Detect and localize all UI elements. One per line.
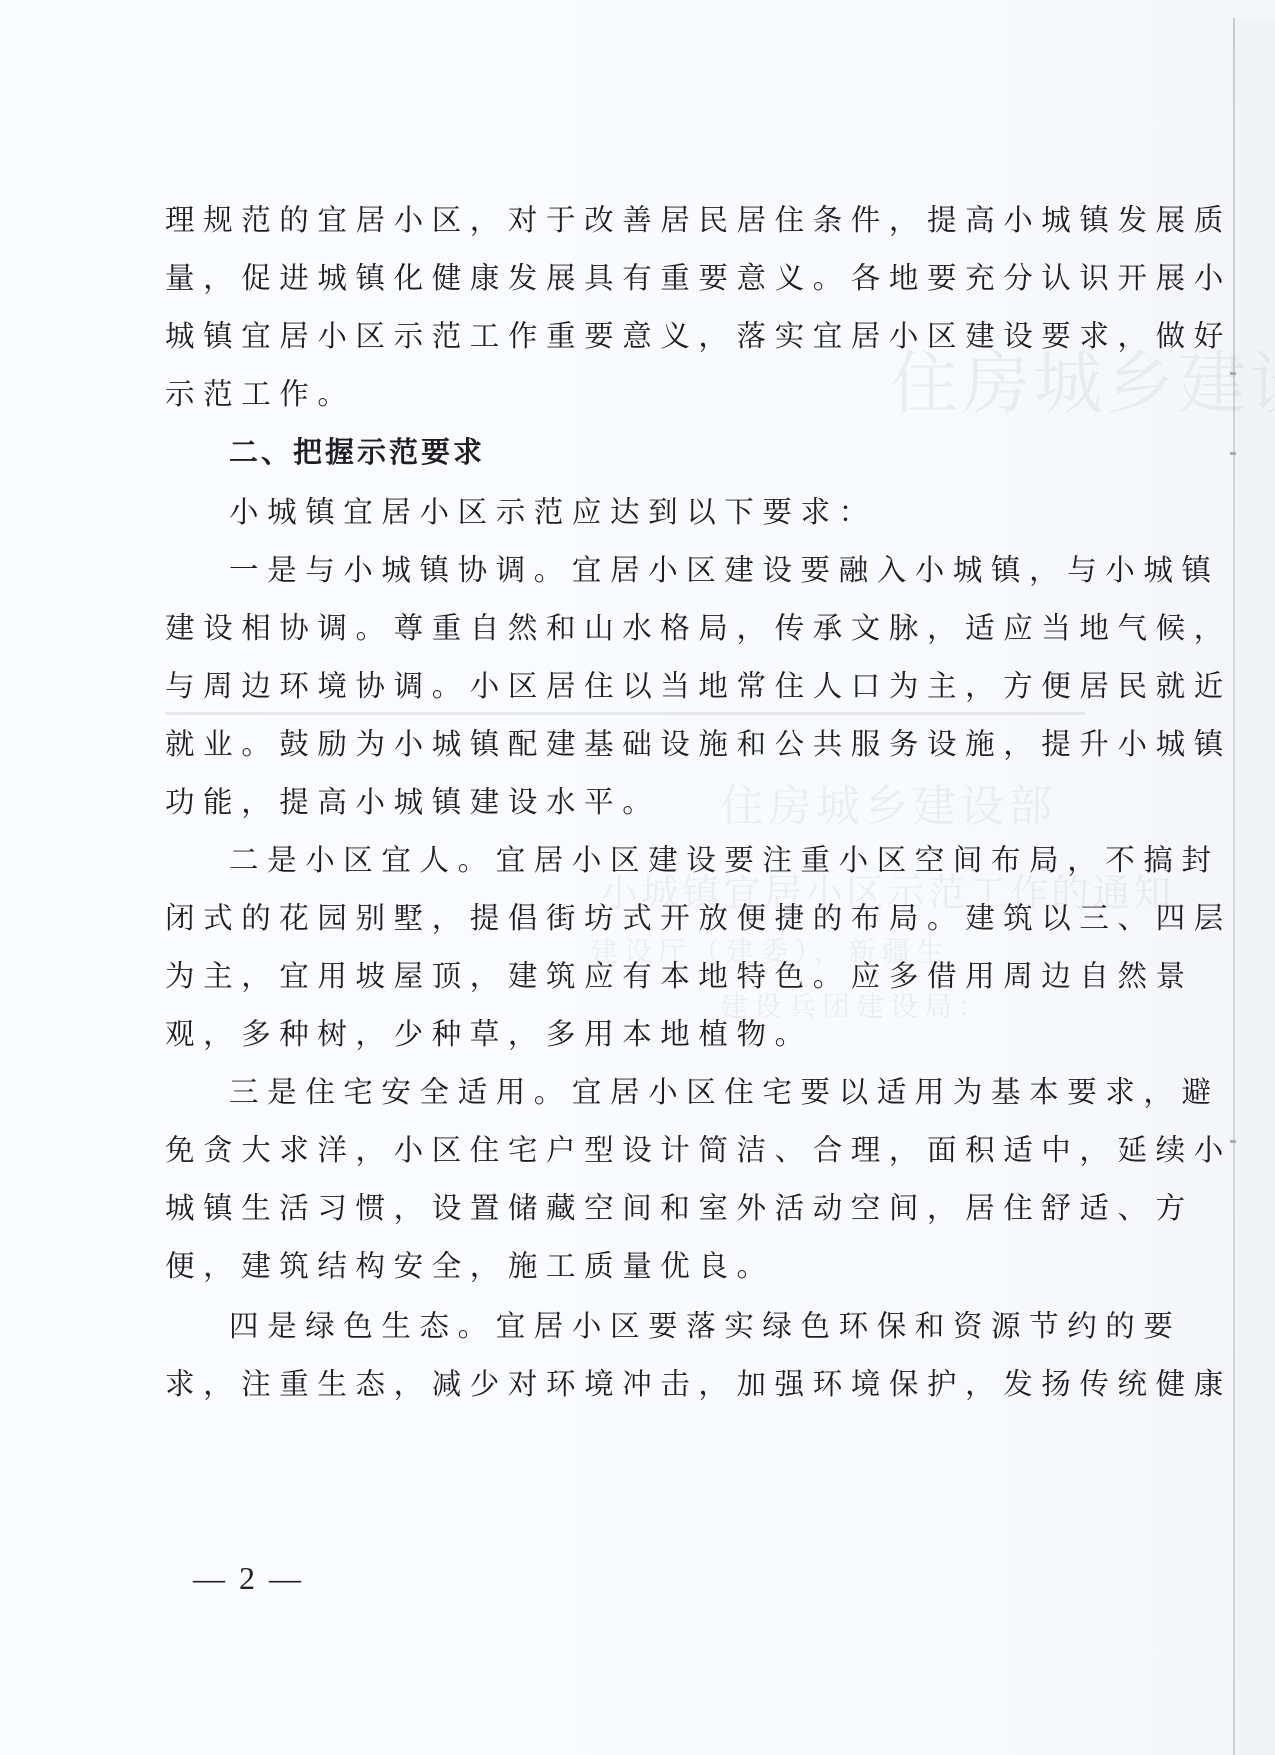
body-text-line: 功能，提高小城镇建设水平。 (165, 782, 660, 822)
body-text-line: 建设相协调。尊重自然和山水格局，传承文脉，适应当地气候， (165, 608, 1232, 648)
body-text-line: 一是与小城镇协调。宜居小区建设要融入小城镇，与小城镇 (229, 550, 1220, 590)
edge-mark (1230, 372, 1236, 375)
body-text-line: 量，促进城镇化健康发展具有重要意义。各地要充分认识开展小 (165, 258, 1232, 298)
body-text-line: 就业。鼓励为小城镇配建基础设施和公共服务设施，提升小城镇 (165, 724, 1232, 764)
body-text-line: 求，注重生态，减少对环境冲击，加强环境保护，发扬传统健康 (165, 1364, 1232, 1404)
body-text-line: 闭式的花园别墅，提倡街坊式开放便捷的布局。建筑以三、四层 (165, 898, 1232, 938)
body-text-line: 城镇宜居小区示范工作重要意义，落实宜居小区建设要求，做好 (165, 316, 1232, 356)
body-text-line: 便，建筑结构安全，施工质量优良。 (165, 1246, 775, 1286)
body-text-line: 为主，宜用坡屋顶，建筑应有本地特色。应多借用周边自然景 (165, 956, 1194, 996)
edge-mark (1230, 452, 1236, 455)
bleed-through-rule (165, 712, 1085, 715)
page-number: — 2 — (193, 1560, 304, 1597)
body-text-line: 理规范的宜居小区，对于改善居民居住条件，提高小城镇发展质 (165, 200, 1232, 240)
body-text-line: 免贪大求洋，小区住宅户型设计简洁、合理，面积适中，延续小 (165, 1130, 1232, 1170)
body-text-line: 小城镇宜居小区示范应达到以下要求： (229, 492, 877, 532)
page-edge-shadow (1235, 18, 1275, 1755)
body-text-line: 城镇生活习惯，设置储藏空间和室外活动空间，居住舒适、方 (165, 1188, 1194, 1228)
body-text-line: 示范工作。 (165, 374, 356, 414)
page-edge-line (1233, 18, 1235, 1755)
body-text-line: 二是小区宜人。宜居小区建设要注重小区空间布局，不搞封 (229, 840, 1220, 880)
body-text-line: 四是绿色生态。宜居小区要落实绿色环保和资源节约的要 (229, 1306, 1182, 1346)
section-heading: 二、把握示范要求 (229, 432, 485, 472)
bleed-through-title: 住房城乡建设部 (720, 770, 1056, 834)
scanned-page: 住房城乡建设部 住房城乡建设部 小城镇宜居小区示范工作的通知 建设厅（建委），新… (0, 0, 1275, 1755)
body-text-line: 与周边环境协调。小区居住以当地常住人口为主，方便居民就近 (165, 666, 1232, 706)
body-text-line: 三是住宅安全适用。宜居小区住宅要以适用为基本要求，避 (229, 1072, 1220, 1112)
body-text-line: 观，多种树，少种草，多用本地植物。 (165, 1014, 813, 1054)
